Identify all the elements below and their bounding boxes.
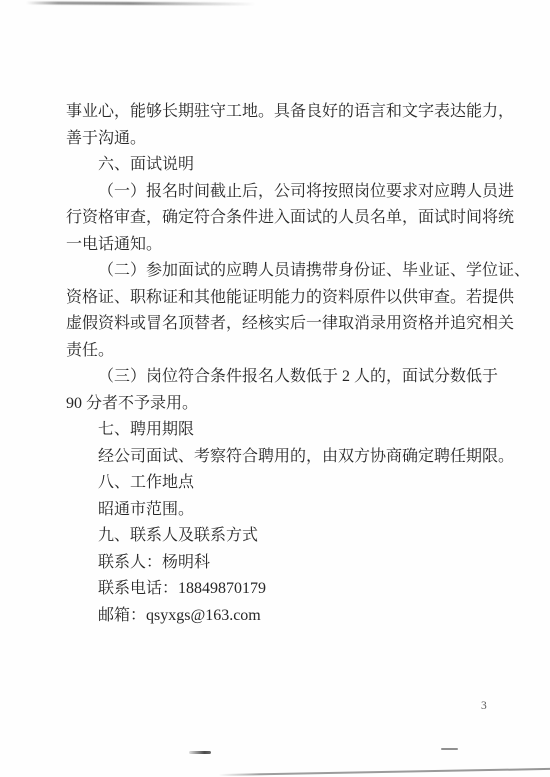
text-line: 90 分者不予录用。: [66, 391, 498, 418]
text-line: （二）参加面试的应聘人员请携带身份证、毕业证、学位证、: [66, 258, 498, 285]
document-body: 事业心，能够长期驻守工地。具备良好的语言和文字表达能力， 善于沟通。 六、面试说…: [66, 99, 498, 629]
contact-email-line: 邮箱：qsyxgs@163.com: [66, 603, 498, 630]
section-heading-work-location: 八、工作地点: [66, 470, 498, 497]
scan-page-edge-line: [219, 768, 550, 776]
text-line: 昭通市范围。: [66, 497, 498, 524]
text-line: 事业心，能够长期驻守工地。具备良好的语言和文字表达能力，: [66, 99, 498, 126]
section-heading-contact-info: 九、联系人及联系方式: [66, 523, 498, 550]
text-line: 经公司面试、考察符合聘用的，由双方协商确定聘任期限。: [66, 444, 498, 471]
text-line: 一电话通知。: [66, 232, 498, 259]
text-line: （一）报名时间截止后，公司将按照岗位要求对应聘人员进: [66, 179, 498, 206]
text-line: 行资格审查，确定符合条件进入面试的人员名单，面试时间将统: [66, 205, 498, 232]
text-line: 虚假资料或冒名顶替者，经核实后一律取消录用资格并追究相关: [66, 311, 498, 338]
contact-person-line: 联系人：杨明科: [66, 550, 498, 577]
section-heading-employment-term: 七、聘用期限: [66, 417, 498, 444]
text-line: 善于沟通。: [66, 126, 498, 153]
scan-dash-mark-right: [441, 748, 458, 750]
text-line: 资格证、职称证和其他能证明能力的资料原件以供审查。若提供: [66, 285, 498, 312]
scanned-document-page: 事业心，能够长期驻守工地。具备良好的语言和文字表达能力， 善于沟通。 六、面试说…: [0, 0, 550, 777]
text-line: （三）岗位符合条件报名人数低于 2 人的，面试分数低于: [66, 364, 498, 391]
scan-smudge-mark: [26, 1, 256, 5]
scan-dash-mark-left: [189, 751, 211, 754]
text-line: 责任。: [66, 338, 498, 365]
page-number: 3: [481, 700, 487, 712]
section-heading-interview-notes: 六、面试说明: [66, 152, 498, 179]
contact-phone-line: 联系电话：18849870179: [66, 576, 498, 603]
